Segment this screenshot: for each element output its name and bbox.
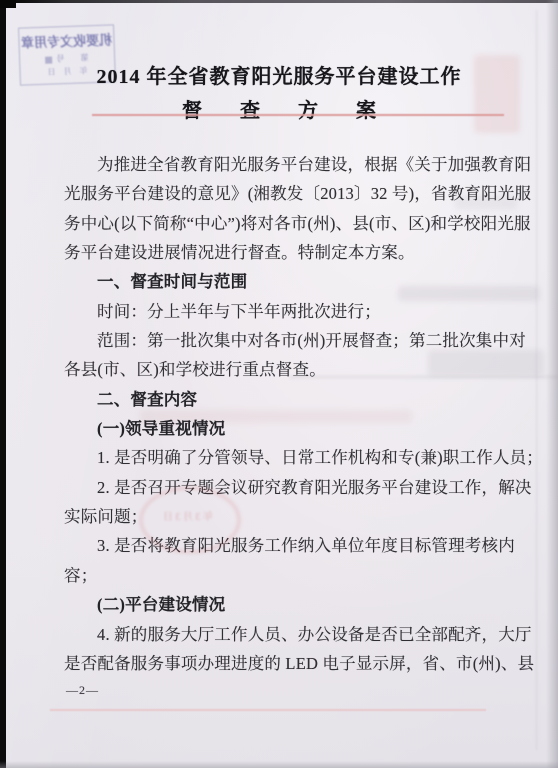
scan-edge-right <box>546 0 558 768</box>
text-line: 实际问题； <box>64 502 504 531</box>
text-line: 2. 是否召开专题会议研究教育阳光服务平台建设工作，解决 <box>64 473 504 502</box>
text-line: 一、督查时间与范围 <box>64 267 504 296</box>
text-line: 时间：分上半年与下半年两批次进行； <box>64 297 504 326</box>
page-number: —2— <box>66 683 99 698</box>
text-line: 容； <box>64 561 504 590</box>
stamp-title: 机要收文专用章 <box>19 29 114 51</box>
footer-rule <box>50 709 486 711</box>
seal-date-bleedthrough: 年 3 月 3 日 <box>144 508 232 523</box>
text-line: 3. 是否将教育阳光服务工作纳入单位年度目标管理考核内 <box>64 531 504 560</box>
text-line: 为推进全省教育阳光服务平台建设，根据《关于加强教育阳 <box>64 150 504 179</box>
text-line: 务中心(以下简称“中心”)将对各市(州)、县(市、区)和学校阳光服 <box>64 209 504 238</box>
text-line: 务平台建设进展情况进行督查。特制定本方案。 <box>64 238 504 267</box>
text-line: 二、督查内容 <box>64 385 504 414</box>
text-line: 1. 是否明确了分管领导、日常工作机构和专(兼)职工作人员； <box>64 443 504 472</box>
document-body: 为推进全省教育阳光服务平台建设，根据《关于加强教育阳光服务平台建设的意见》(湘教… <box>64 150 504 678</box>
scan-edge-left <box>0 0 6 768</box>
scan-edge-bottom <box>0 761 558 768</box>
text-line: 各县(市、区)和学校进行重点督查。 <box>64 355 504 384</box>
title-underline-rule <box>92 114 504 116</box>
text-line: 光服务平台建设的意见》(湘教发〔2013〕32 号)，省教育阳光服 <box>64 179 504 208</box>
scan-corner-topleft <box>0 0 16 8</box>
text-line: 是否配备服务事项办理进度的 LED 电子显示屏，省、市(州)、县 <box>64 649 504 678</box>
document-title-line1: 2014 年全省教育阳光服务平台建设工作 <box>0 60 558 89</box>
scanned-document-page: 机要收文专用章 第 号 年 月 日 2014 年全省教育阳光服务平台建设工作 督… <box>0 0 558 768</box>
text-line: 4. 新的服务大厅工作人员、办公设备是否已全部配齐，大厅 <box>64 620 504 649</box>
text-line: 范围：第一批次集中对各市(州)开展督查；第二批次集中对 <box>64 326 504 355</box>
document-title-line2: 督查方案 <box>0 94 558 123</box>
text-line: (二)平台建设情况 <box>64 590 504 619</box>
text-line: (一)领导重视情况 <box>64 414 504 443</box>
scan-edge-top <box>0 0 558 3</box>
